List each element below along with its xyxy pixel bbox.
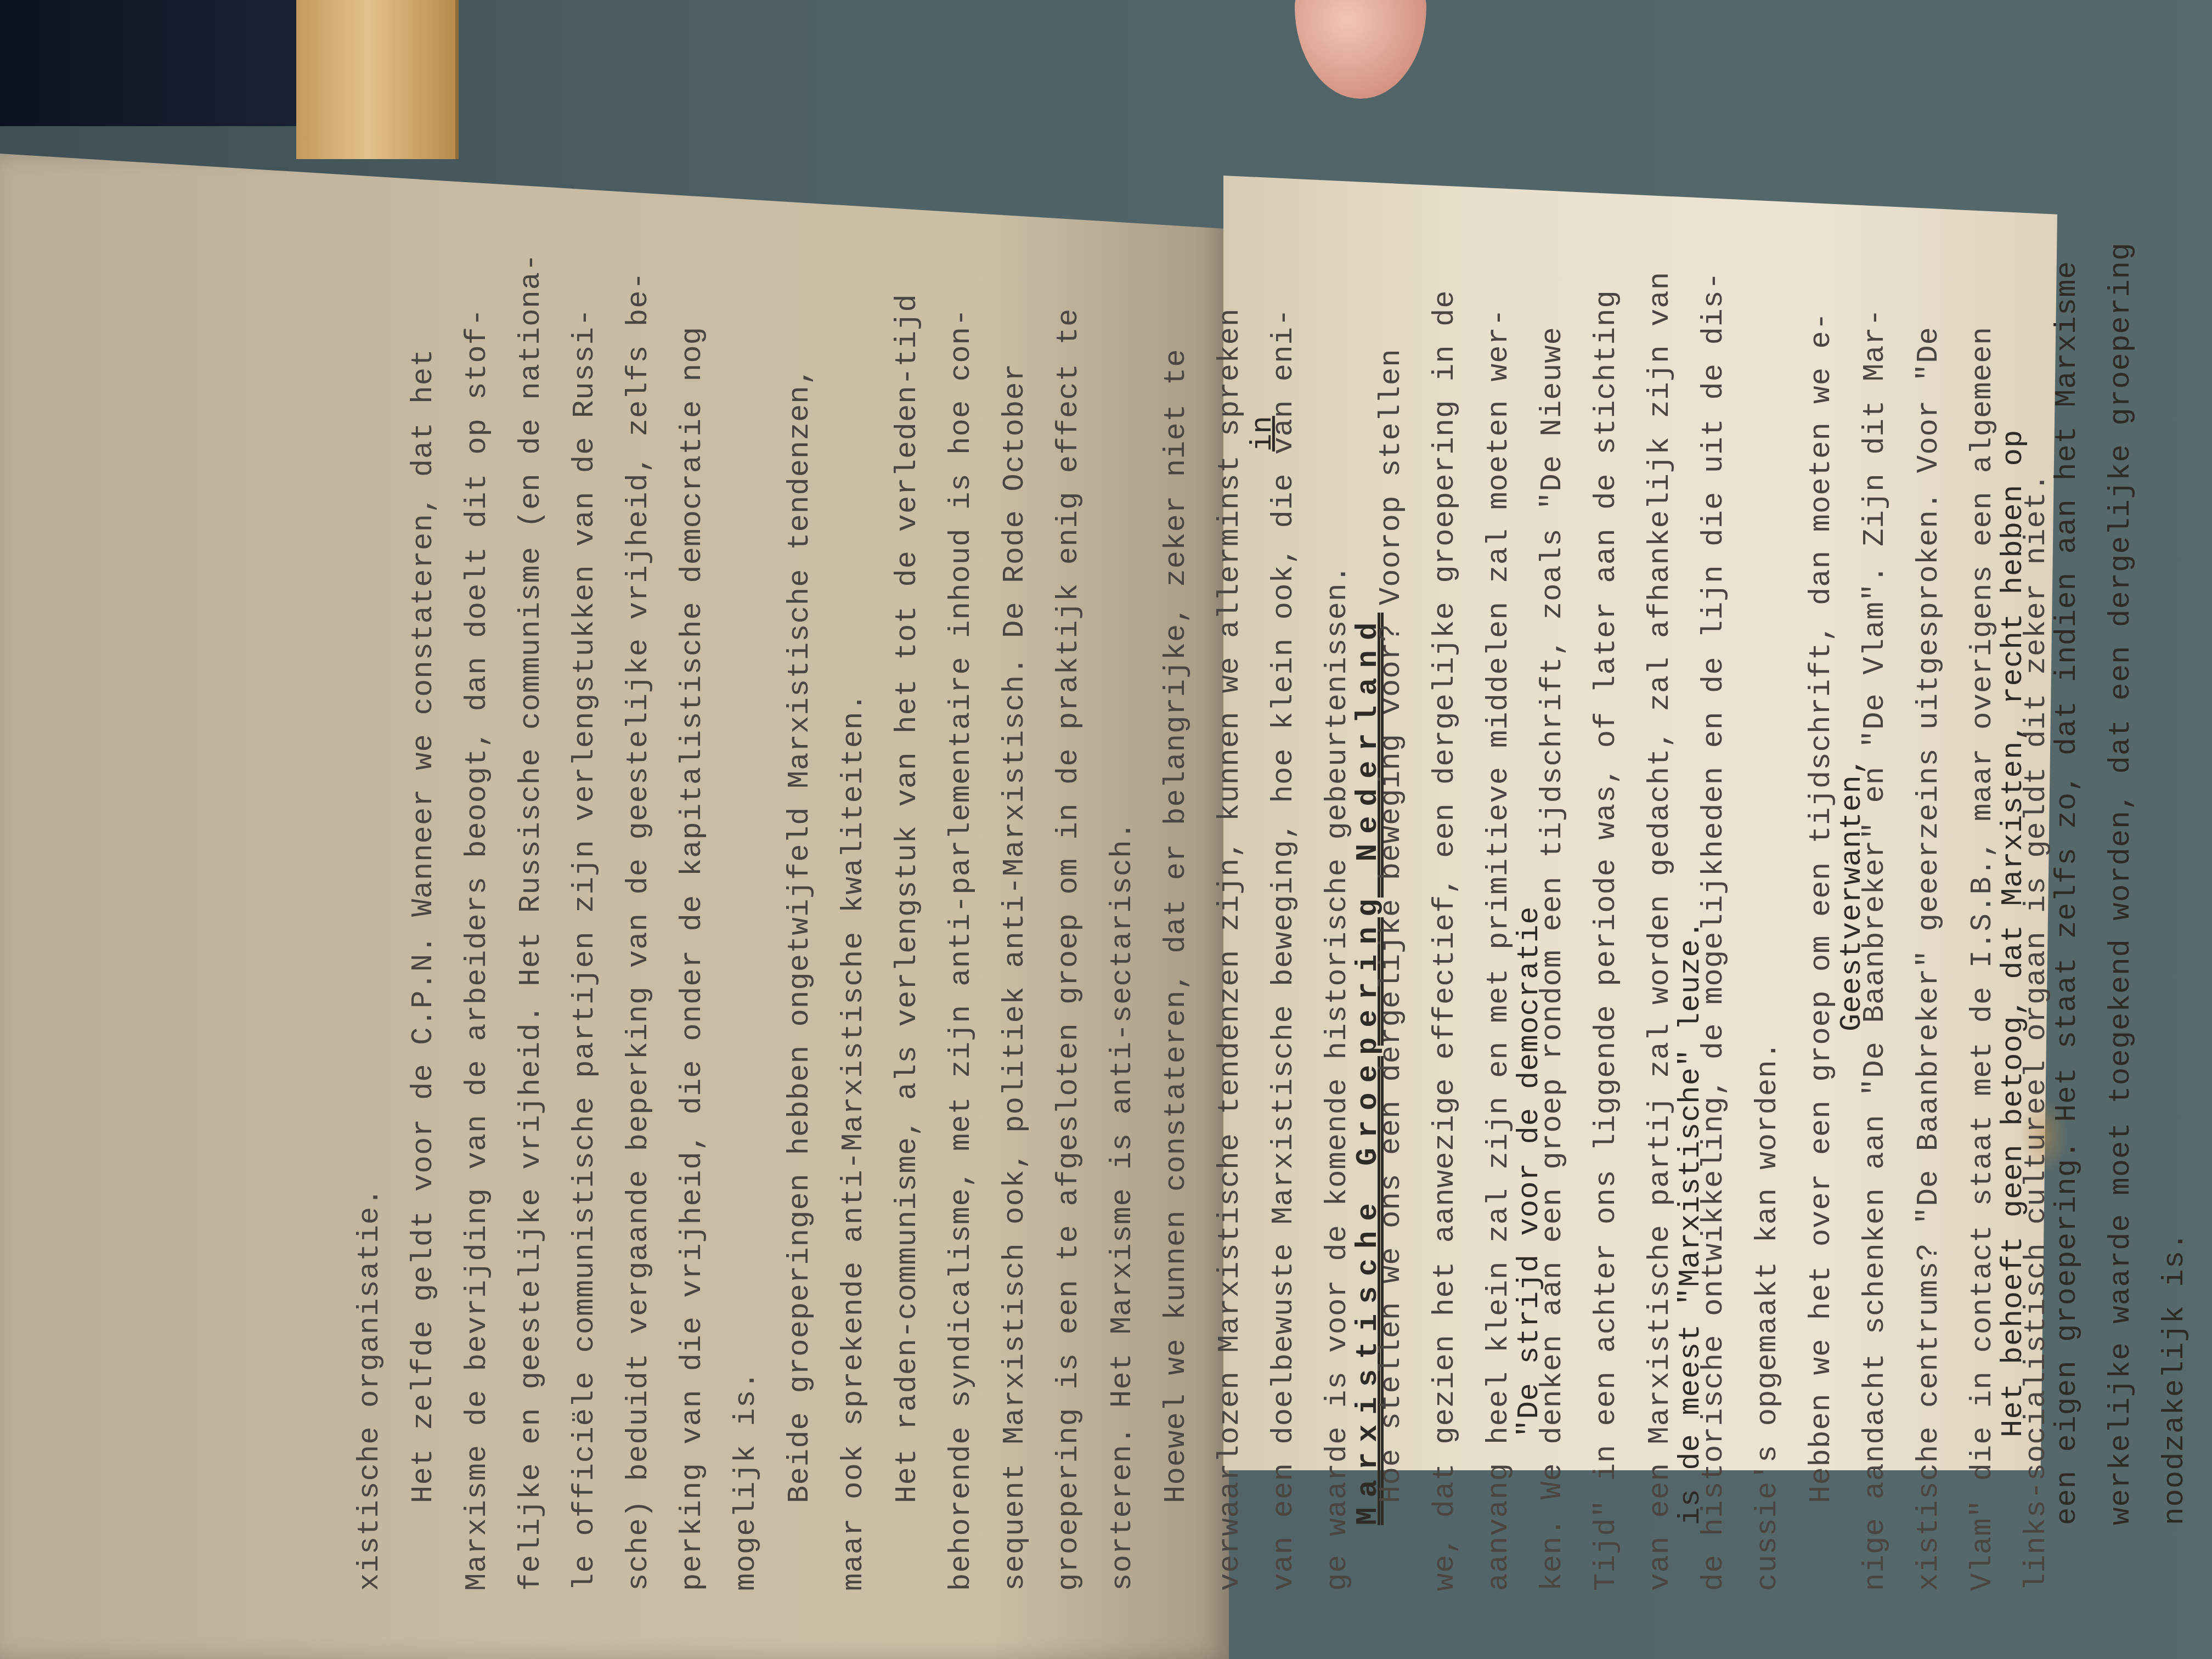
- text-line: Hebben we het over een groep om een tijd…: [1795, 329, 1849, 1591]
- text-line: felijke en geestelijke vrijheid. Het Rus…: [505, 329, 558, 1591]
- text-line: Voor ons staat vast, dat zonder bewuste …: [2202, 318, 2212, 1525]
- text-line: le officiële communistische partijen zij…: [558, 329, 612, 1591]
- text-line: Hoe stellen we ons een dergelijke bewegi…: [1365, 329, 1419, 1591]
- text-line: ken. We denken aan een groep rondom een …: [1526, 329, 1580, 1591]
- text-line: groepering is een te afgesloten groep om…: [1042, 329, 1096, 1591]
- text-line: noodzakelijk is.: [2148, 318, 2202, 1525]
- text-line: Vlam" die in contact staat met de I.S.B.…: [1956, 329, 2010, 1591]
- text-line: xistische organisatie.: [343, 329, 397, 1591]
- text-line: van een Marxistische partij zal worden g…: [1634, 329, 1688, 1591]
- text-line: mogelijk is.: [720, 329, 774, 1591]
- text-line: cussie's opgemaakt kan worden.: [1741, 329, 1795, 1591]
- text-line: Hoewel we kunnen constateren, dat er bel…: [1150, 329, 1204, 1591]
- text-line: Beide groeperingen hebben ongetwijfeld M…: [774, 329, 827, 1591]
- text-line: sequent Marxistisch ook, politiek anti-M…: [989, 329, 1042, 1591]
- text-line: ge waarde is voor de komende historische…: [1311, 329, 1365, 1591]
- text-line: nige aandacht schenken aan "De Baanbreke…: [1849, 329, 1903, 1591]
- text-line: maar ook sprekende anti-Marxistische kwa…: [827, 329, 881, 1591]
- text-line: van een doelbewuste Marxistische bewegin…: [1257, 329, 1311, 1591]
- dark-cloth: [0, 0, 307, 126]
- text-line: links-socialistisch cultureel orgaan is …: [2010, 329, 2064, 1591]
- text-line: Het zelfde geldt voor de C.P.N. Wanneer …: [397, 329, 451, 1591]
- left-page-body: xistische organisatie.Het zelfde geldt v…: [343, 329, 2064, 1591]
- text-line: behorende syndicalisme, met zijn anti-pa…: [935, 329, 989, 1591]
- text-line: sche) beduidt vergaande beperking van de…: [612, 329, 666, 1591]
- text-line: xistische centrums? "De Baanbreker" geee…: [1903, 329, 1956, 1591]
- text-line: verwaarlozen Marxistische tendenzen zijn…: [1204, 329, 1257, 1591]
- text-line: de historische ontwikkeling, de mogelijk…: [1688, 329, 1741, 1591]
- text-line: Het raden-communisme, als verlengstuk va…: [881, 329, 935, 1591]
- text-line: Tijd" in een achter ons liggende periode…: [1580, 329, 1634, 1591]
- text-line: we, dat gezien het aanwezige effectief, …: [1419, 329, 1472, 1591]
- text-line: aanvang heel klein zal zijn en met primi…: [1472, 329, 1526, 1591]
- pencil: [296, 0, 459, 159]
- text-line: sorteren. Het Marxisme is anti-sectarisc…: [1096, 329, 1150, 1591]
- text-line: perking van die vrijheid, die onder de k…: [666, 329, 720, 1591]
- left-page-text: xistische organisatie.Het zelfde geldt v…: [236, 329, 2118, 1591]
- text-line: Marxisme de bevrijding van de arbeiders …: [451, 329, 505, 1591]
